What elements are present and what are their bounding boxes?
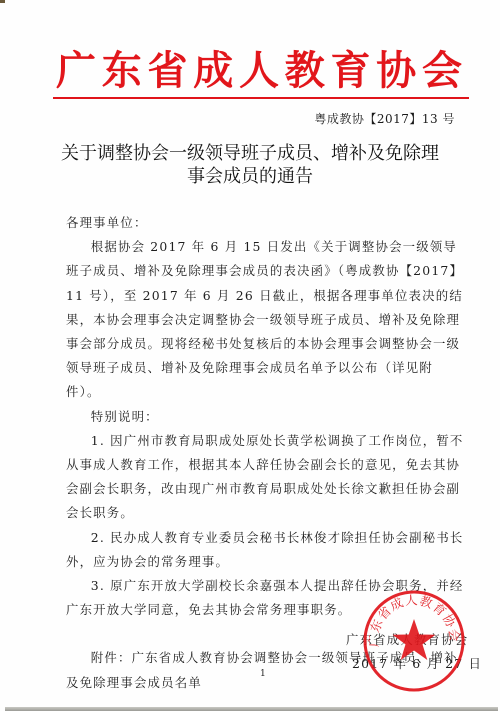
body-paragraph: 根据协会 2017 年 6 月 15 日发出《关于调整协会一级领导班子成员、增补… [66, 235, 466, 404]
letterhead-organization: 广 东 省 成 人 教 育 协 会 [56, 48, 462, 94]
letterhead-char: 协 [376, 48, 416, 94]
notice-title-line-2: 事会成员的通告 [20, 165, 480, 188]
notice-title-line-1: 关于调整协会一级领导班子成员、增补及免除理 [20, 142, 480, 165]
special-note-heading: 特别说明： [66, 405, 466, 429]
letterhead-divider [53, 97, 469, 99]
signature-organization: 广东省成人教育协会 [346, 628, 482, 652]
special-note-item: 3. 原广东开放大学副校长余嘉强本人提出辞任协会职务，并经广东开放大学同意，免去… [66, 574, 466, 622]
letterhead-char: 成 [193, 48, 233, 94]
signature-date: 2017 年 6 月 27 日 [346, 652, 482, 676]
notice-body: 各理事单位： 根据协会 2017 年 6 月 15 日发出《关于调整协会一级领导… [66, 211, 466, 695]
letterhead-char: 广 [56, 48, 96, 94]
notice-title: 关于调整协会一级领导班子成员、增补及免除理 事会成员的通告 [20, 142, 480, 188]
page-number: 1 [260, 669, 266, 679]
letterhead-char: 会 [422, 48, 462, 94]
scan-corner-mark [0, 0, 5, 3]
special-note-item: 2. 民办成人教育专业委员会秘书长林俊才除担任协会副秘书长外，应为协会的常务理事… [66, 526, 466, 574]
document-page: 广 东 省 成 人 教 育 协 会 粤成教协【2017】13 号 关于调整协会一… [0, 0, 500, 711]
salutation: 各理事单位： [66, 211, 466, 235]
letterhead-char: 人 [239, 48, 279, 94]
signature-block: 广东省成人教育协会 2017 年 6 月 27 日 [346, 628, 482, 676]
letterhead-char: 教 [285, 48, 325, 94]
special-note-item: 1. 因广州市教育局职成处原处长黄学松调换了工作岗位，暂不从事成人教育工作，根据… [66, 429, 466, 526]
letterhead-char: 东 [102, 48, 142, 94]
letterhead-char: 省 [148, 48, 188, 94]
scan-page-edge [5, 707, 498, 711]
letterhead-char: 育 [331, 48, 371, 94]
document-number: 粤成教协【2017】13 号 [314, 110, 455, 127]
